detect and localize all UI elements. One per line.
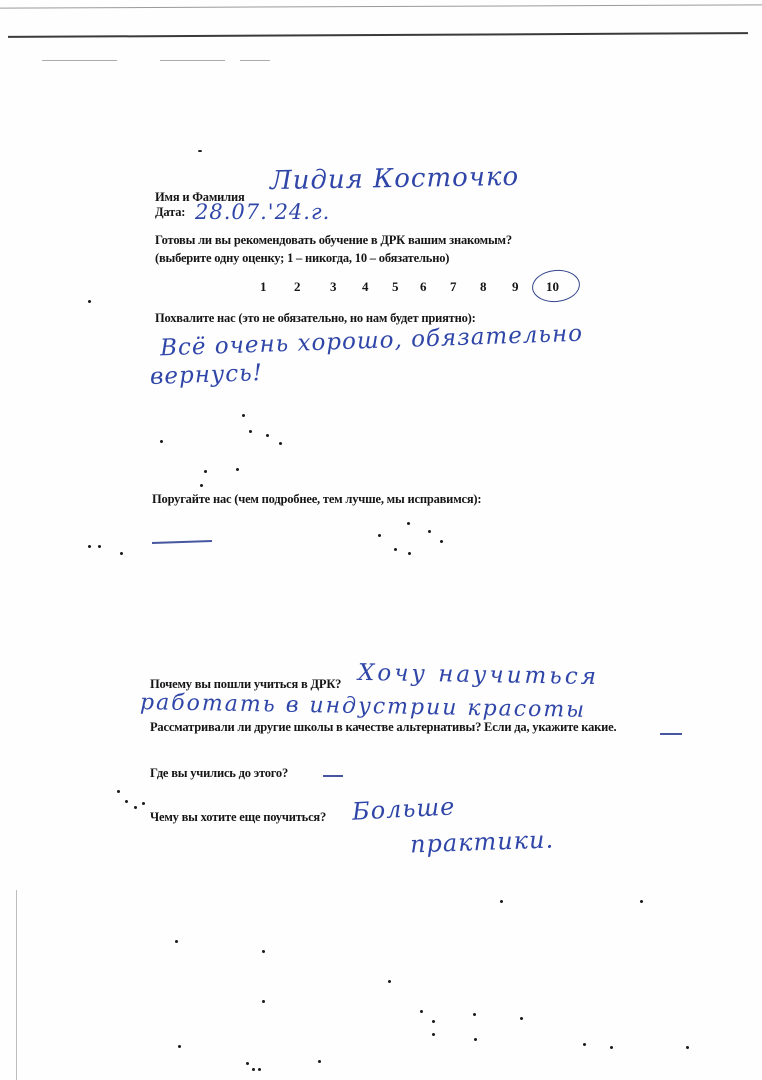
rating-scale: 1 2 3 4 5 6 7 8 9 10 (256, 279, 576, 299)
scanned-feedback-form: Имя и Фамилия Лидия Косточко Дата: 28.07… (0, 0, 762, 1080)
rating-option[interactable]: 1 (260, 279, 267, 295)
rating-option[interactable]: 5 (392, 279, 399, 295)
learn-more-answer-line1: Больше (351, 792, 456, 825)
faint-rule (160, 60, 225, 61)
rating-option[interactable]: 6 (420, 279, 427, 295)
why-answer-line2: работать в индустрии красоты (140, 690, 586, 723)
faint-rule (42, 60, 117, 61)
previous-school-label: Где вы учились до этого? (150, 766, 288, 781)
recommend-hint: (выберите одну оценку; 1 – никогда, 10 –… (155, 251, 449, 266)
learn-more-label: Чему вы хотите еще поучиться? (150, 810, 326, 825)
why-label: Почему вы пошли учиться в ДРК? (150, 677, 341, 692)
learn-more-answer-line2: практики. (410, 825, 555, 858)
header-rule (8, 32, 748, 38)
faint-rule (240, 60, 270, 61)
criticism-answer-dash (152, 540, 212, 544)
recommend-question: Готовы ли вы рекомендовать обучение в ДР… (155, 233, 512, 248)
praise-answer-line2: вернусь! (150, 360, 264, 390)
name-answer: Лидия Косточко (270, 162, 520, 196)
rating-option[interactable]: 2 (294, 279, 301, 295)
why-answer-line1: Хочу научиться (358, 660, 599, 690)
alternatives-answer-dash (660, 733, 682, 735)
criticism-label: Поругайте нас (чем подробнее, тем лучше,… (152, 492, 481, 507)
rating-option[interactable]: 7 (450, 279, 457, 295)
date-label: Дата: (155, 205, 185, 220)
rating-option[interactable]: 3 (330, 279, 337, 295)
previous-school-answer-dash (323, 775, 343, 777)
praise-answer-line1: Всё очень хорошо, обязательно (160, 321, 584, 362)
scan-edge (16, 890, 17, 1080)
alternatives-label: Рассматривали ли другие школы в качестве… (150, 720, 616, 735)
praise-label: Похвалите нас (это не обязательно, но на… (155, 311, 476, 326)
rating-option[interactable]: 8 (480, 279, 487, 295)
rating-option[interactable]: 4 (362, 279, 369, 295)
date-answer: 28.07.'24.г. (195, 200, 330, 224)
rating-option[interactable]: 9 (512, 279, 519, 295)
top-border-line (0, 4, 762, 8)
